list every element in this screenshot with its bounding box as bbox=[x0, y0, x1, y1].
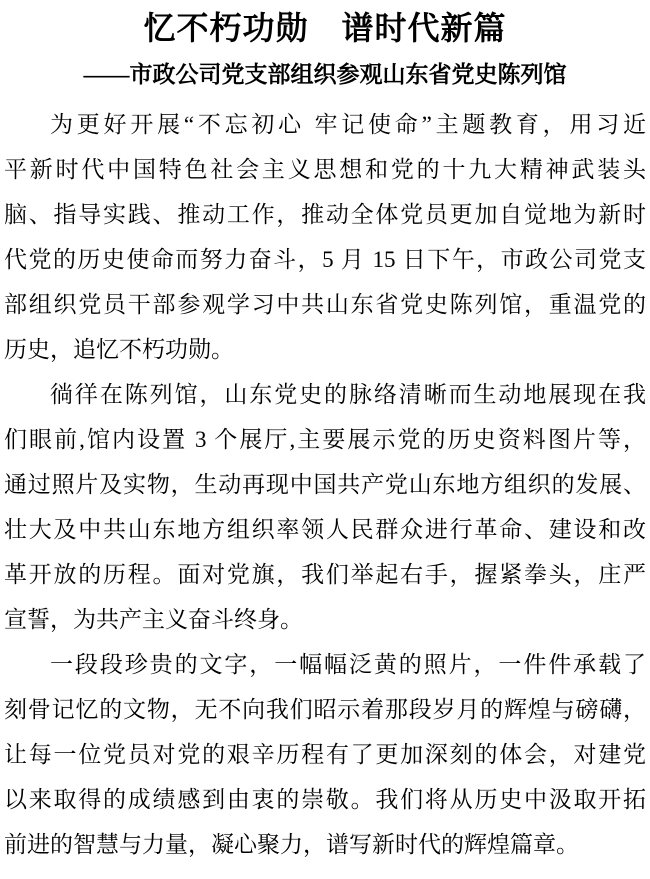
body-line: 刻骨记忆的文物，无不向我们昭示着那段岁月的辉煌与磅礴， bbox=[4, 687, 646, 732]
body-line: 通过照片及实物，生动再现中国共产党山东地方组织的发展、 bbox=[4, 462, 646, 507]
body-paragraph: 一段段珍贵的文字，一幅幅泛黄的照片，一件件承载了刻骨记忆的文物，无不向我们昭示着… bbox=[4, 642, 646, 867]
body-line: 们眼前,馆内设置 3 个展厅,主要展示党的历史资料图片等， bbox=[4, 417, 646, 462]
document-page: 忆不朽功勋 谱时代新篇 ——市政公司党支部组织参观山东省党史陈列馆 为更好开展“… bbox=[0, 0, 650, 879]
body-line: 一段段珍贵的文字，一幅幅泛黄的照片，一件件承载了 bbox=[4, 642, 646, 687]
body-paragraph: 为更好开展“不忘初心 牢记使命”主题教育，用习近平新时代中国特色社会主义思想和党… bbox=[4, 102, 646, 372]
body-paragraph: 徜徉在陈列馆，山东党史的脉络清晰而生动地展现在我们眼前,馆内设置 3 个展厅,主… bbox=[4, 372, 646, 642]
body-line: 壮大及中共山东地方组织率领人民群众进行革命、建设和改 bbox=[4, 507, 646, 552]
document-subtitle: ——市政公司党支部组织参观山东省党史陈列馆 bbox=[0, 58, 650, 92]
body-line: 历史，追忆不朽功勋。 bbox=[4, 327, 646, 372]
body-line: 平新时代中国特色社会主义思想和党的十九大精神武装头 bbox=[4, 147, 646, 192]
body-line: 让每一位党员对党的艰辛历程有了更加深刻的体会，对建党 bbox=[4, 732, 646, 777]
document-body: 为更好开展“不忘初心 牢记使命”主题教育，用习近平新时代中国特色社会主义思想和党… bbox=[0, 102, 650, 867]
body-line: 革开放的历程。面对党旗，我们举起右手，握紧拳头，庄严 bbox=[4, 552, 646, 597]
body-line: 前进的智慧与力量，凝心聚力，谱写新时代的辉煌篇章。 bbox=[4, 822, 646, 867]
body-line: 宣誓，为共产主义奋斗终身。 bbox=[4, 597, 646, 642]
body-line: 脑、指导实践、推动工作，推动全体党员更加自觉地为新时 bbox=[4, 192, 646, 237]
body-line: 为更好开展“不忘初心 牢记使命”主题教育，用习近 bbox=[4, 102, 646, 147]
body-line: 代党的历史使命而努力奋斗，5 月 15 日下午，市政公司党支 bbox=[4, 237, 646, 282]
body-line: 部组织党员干部参观学习中共山东省党史陈列馆，重温党的 bbox=[4, 282, 646, 327]
body-line: 徜徉在陈列馆，山东党史的脉络清晰而生动地展现在我 bbox=[4, 372, 646, 417]
document-title: 忆不朽功勋 谱时代新篇 bbox=[0, 0, 650, 48]
body-line: 以来取得的成绩感到由衷的崇敬。我们将从历史中汲取开拓 bbox=[4, 777, 646, 822]
